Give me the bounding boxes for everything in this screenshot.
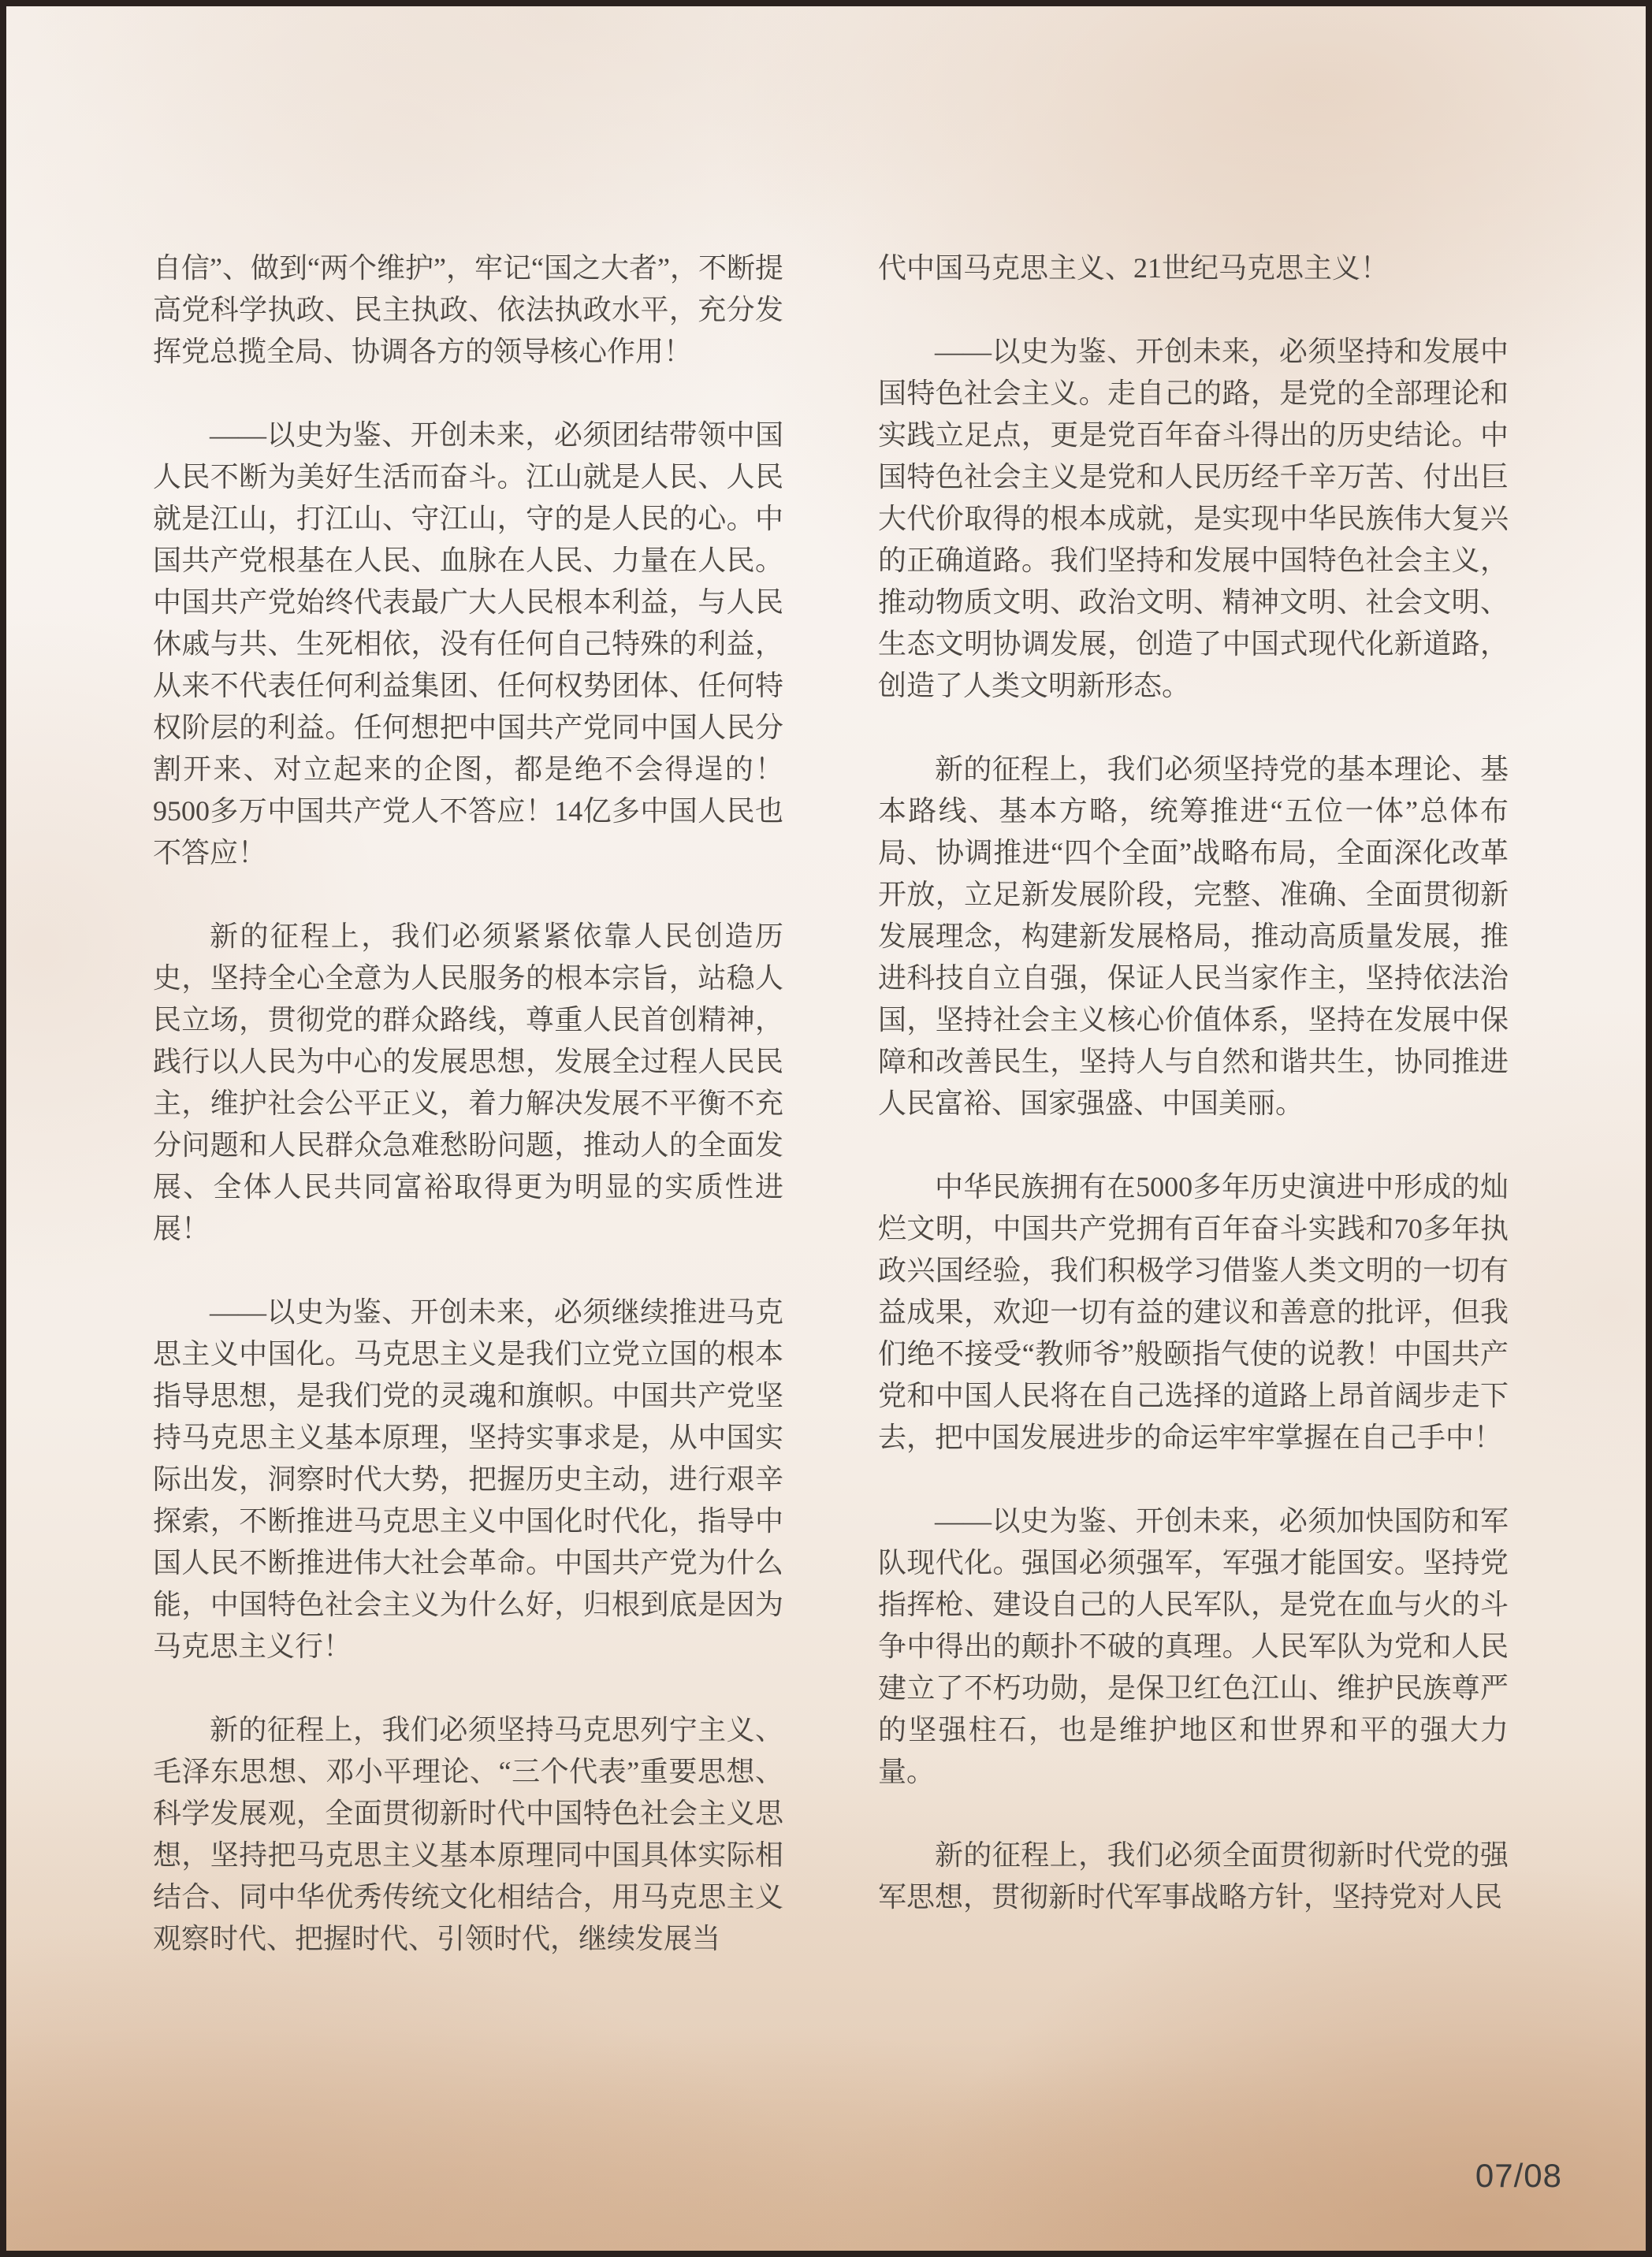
paragraph: 代中国马克思主义、21世纪马克思主义！ (878, 247, 1509, 289)
paragraph: 新的征程上，我们必须全面贯彻新时代党的强军思想，贯彻新时代军事战略方针，坚持党对… (878, 1835, 1509, 1918)
left-text-column: 自信”、做到“两个维护”，牢记“国之大者”，不断提高党科学执政、民主执政、依法执… (153, 247, 783, 1960)
paragraph: 新的征程上，我们必须坚持马克思列宁主义、毛泽东思想、邓小平理论、“三个代表”重要… (153, 1709, 783, 1960)
right-text-column: 代中国马克思主义、21世纪马克思主义！——以史为鉴、开创未来，必须坚持和发展中国… (878, 247, 1509, 1918)
document-page: 自信”、做到“两个维护”，牢记“国之大者”，不断提高党科学执政、民主执政、依法执… (0, 0, 1652, 2257)
page-number: 07/08 (1475, 2159, 1562, 2192)
paragraph: ——以史为鉴、开创未来，必须继续推进马克思主义中国化。马克思主义是我们立党立国的… (153, 1292, 783, 1668)
paragraph: 中华民族拥有在5000多年历史演进中形成的灿烂文明，中国共产党拥有百年奋斗实践和… (878, 1166, 1509, 1459)
paragraph: 新的征程上，我们必须紧紧依靠人民创造历史，坚持全心全意为人民服务的根本宗旨，站稳… (153, 916, 783, 1250)
paragraph: ——以史为鉴、开创未来，必须坚持和发展中国特色社会主义。走自己的路，是党的全部理… (878, 331, 1509, 707)
paragraph: 自信”、做到“两个维护”，牢记“国之大者”，不断提高党科学执政、民主执政、依法执… (153, 247, 783, 373)
paragraph: ——以史为鉴、开创未来，必须团结带领中国人民不断为美好生活而奋斗。江山就是人民、… (153, 415, 783, 874)
paragraph: ——以史为鉴、开创未来，必须加快国防和军队现代化。强国必须强军，军强才能国安。坚… (878, 1500, 1509, 1793)
paragraph: 新的征程上，我们必须坚持党的基本理论、基本路线、基本方略，统筹推进“五位一体”总… (878, 749, 1509, 1125)
